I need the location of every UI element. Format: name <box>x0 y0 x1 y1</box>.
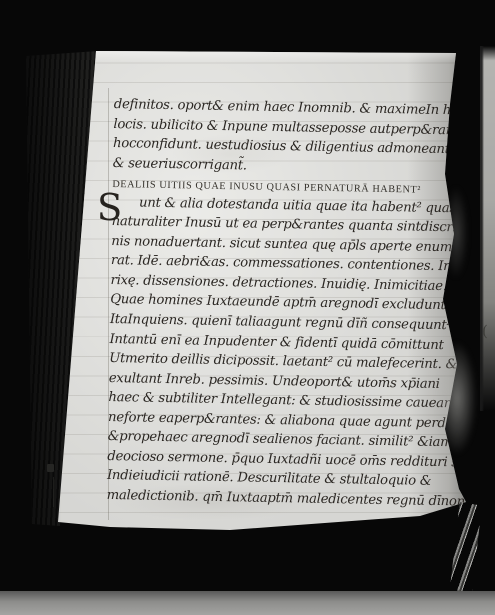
page-gap-shadow <box>444 185 468 280</box>
facing-page-mark: ( <box>482 322 488 340</box>
text-block: definitos. oport& enim haec Inomnib. & m… <box>106 95 465 512</box>
scanner-bed-strip <box>0 591 495 615</box>
facing-page-edge <box>480 46 495 411</box>
manuscript-line-text: unt & alia dotestanda uitia quae ita hab… <box>139 195 464 216</box>
manuscript-photo: definitos. oport& enim haec Inomnib. & m… <box>0 0 495 615</box>
open-book: definitos. oport& enim haec Inomnib. & m… <box>20 44 476 572</box>
page-edge-blemish <box>47 464 54 472</box>
drop-cap-initial: S <box>97 188 123 225</box>
page-gap-shadow <box>438 342 476 454</box>
page-edge-crease <box>53 477 54 507</box>
